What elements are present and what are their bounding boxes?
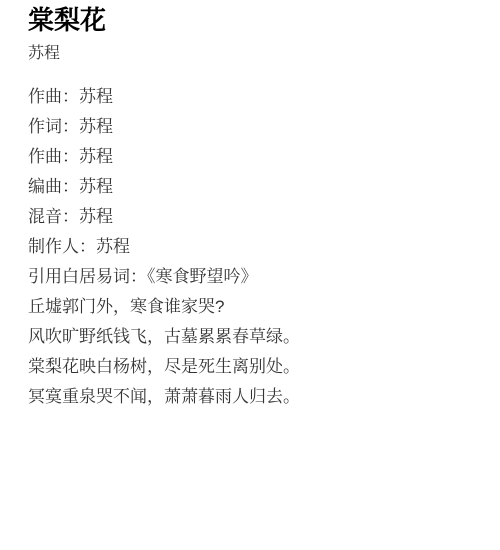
lyrics-body: 作曲：苏程 作词：苏程 作曲：苏程 编曲：苏程 混音：苏程 制作人：苏程 引用白… — [28, 82, 490, 412]
credit-line: 混音：苏程 — [28, 202, 490, 232]
credit-line: 引用白居易词：《寒食野望吟》 — [28, 262, 490, 292]
lyric-line: 风吹旷野纸钱飞，古墓累累春草绿。 — [28, 322, 490, 352]
credit-line: 作词：苏程 — [28, 112, 490, 142]
lyrics-page: 棠梨花 苏程 作曲：苏程 作词：苏程 作曲：苏程 编曲：苏程 混音：苏程 制作人… — [0, 0, 500, 412]
credit-line: 制作人：苏程 — [28, 232, 490, 262]
artist-name: 苏程 — [28, 43, 490, 65]
lyric-line: 丘墟郭门外，寒食谁家哭? — [28, 292, 490, 322]
page-title: 棠梨花 — [28, 4, 490, 37]
credit-line: 作曲：苏程 — [28, 82, 490, 112]
lyric-line: 棠梨花映白杨树，尽是死生离别处。 — [28, 352, 490, 382]
credit-line: 作曲：苏程 — [28, 142, 490, 172]
lyric-line: 冥寞重泉哭不闻，萧萧暮雨人归去。 — [28, 382, 490, 412]
credit-line: 编曲：苏程 — [28, 172, 490, 202]
